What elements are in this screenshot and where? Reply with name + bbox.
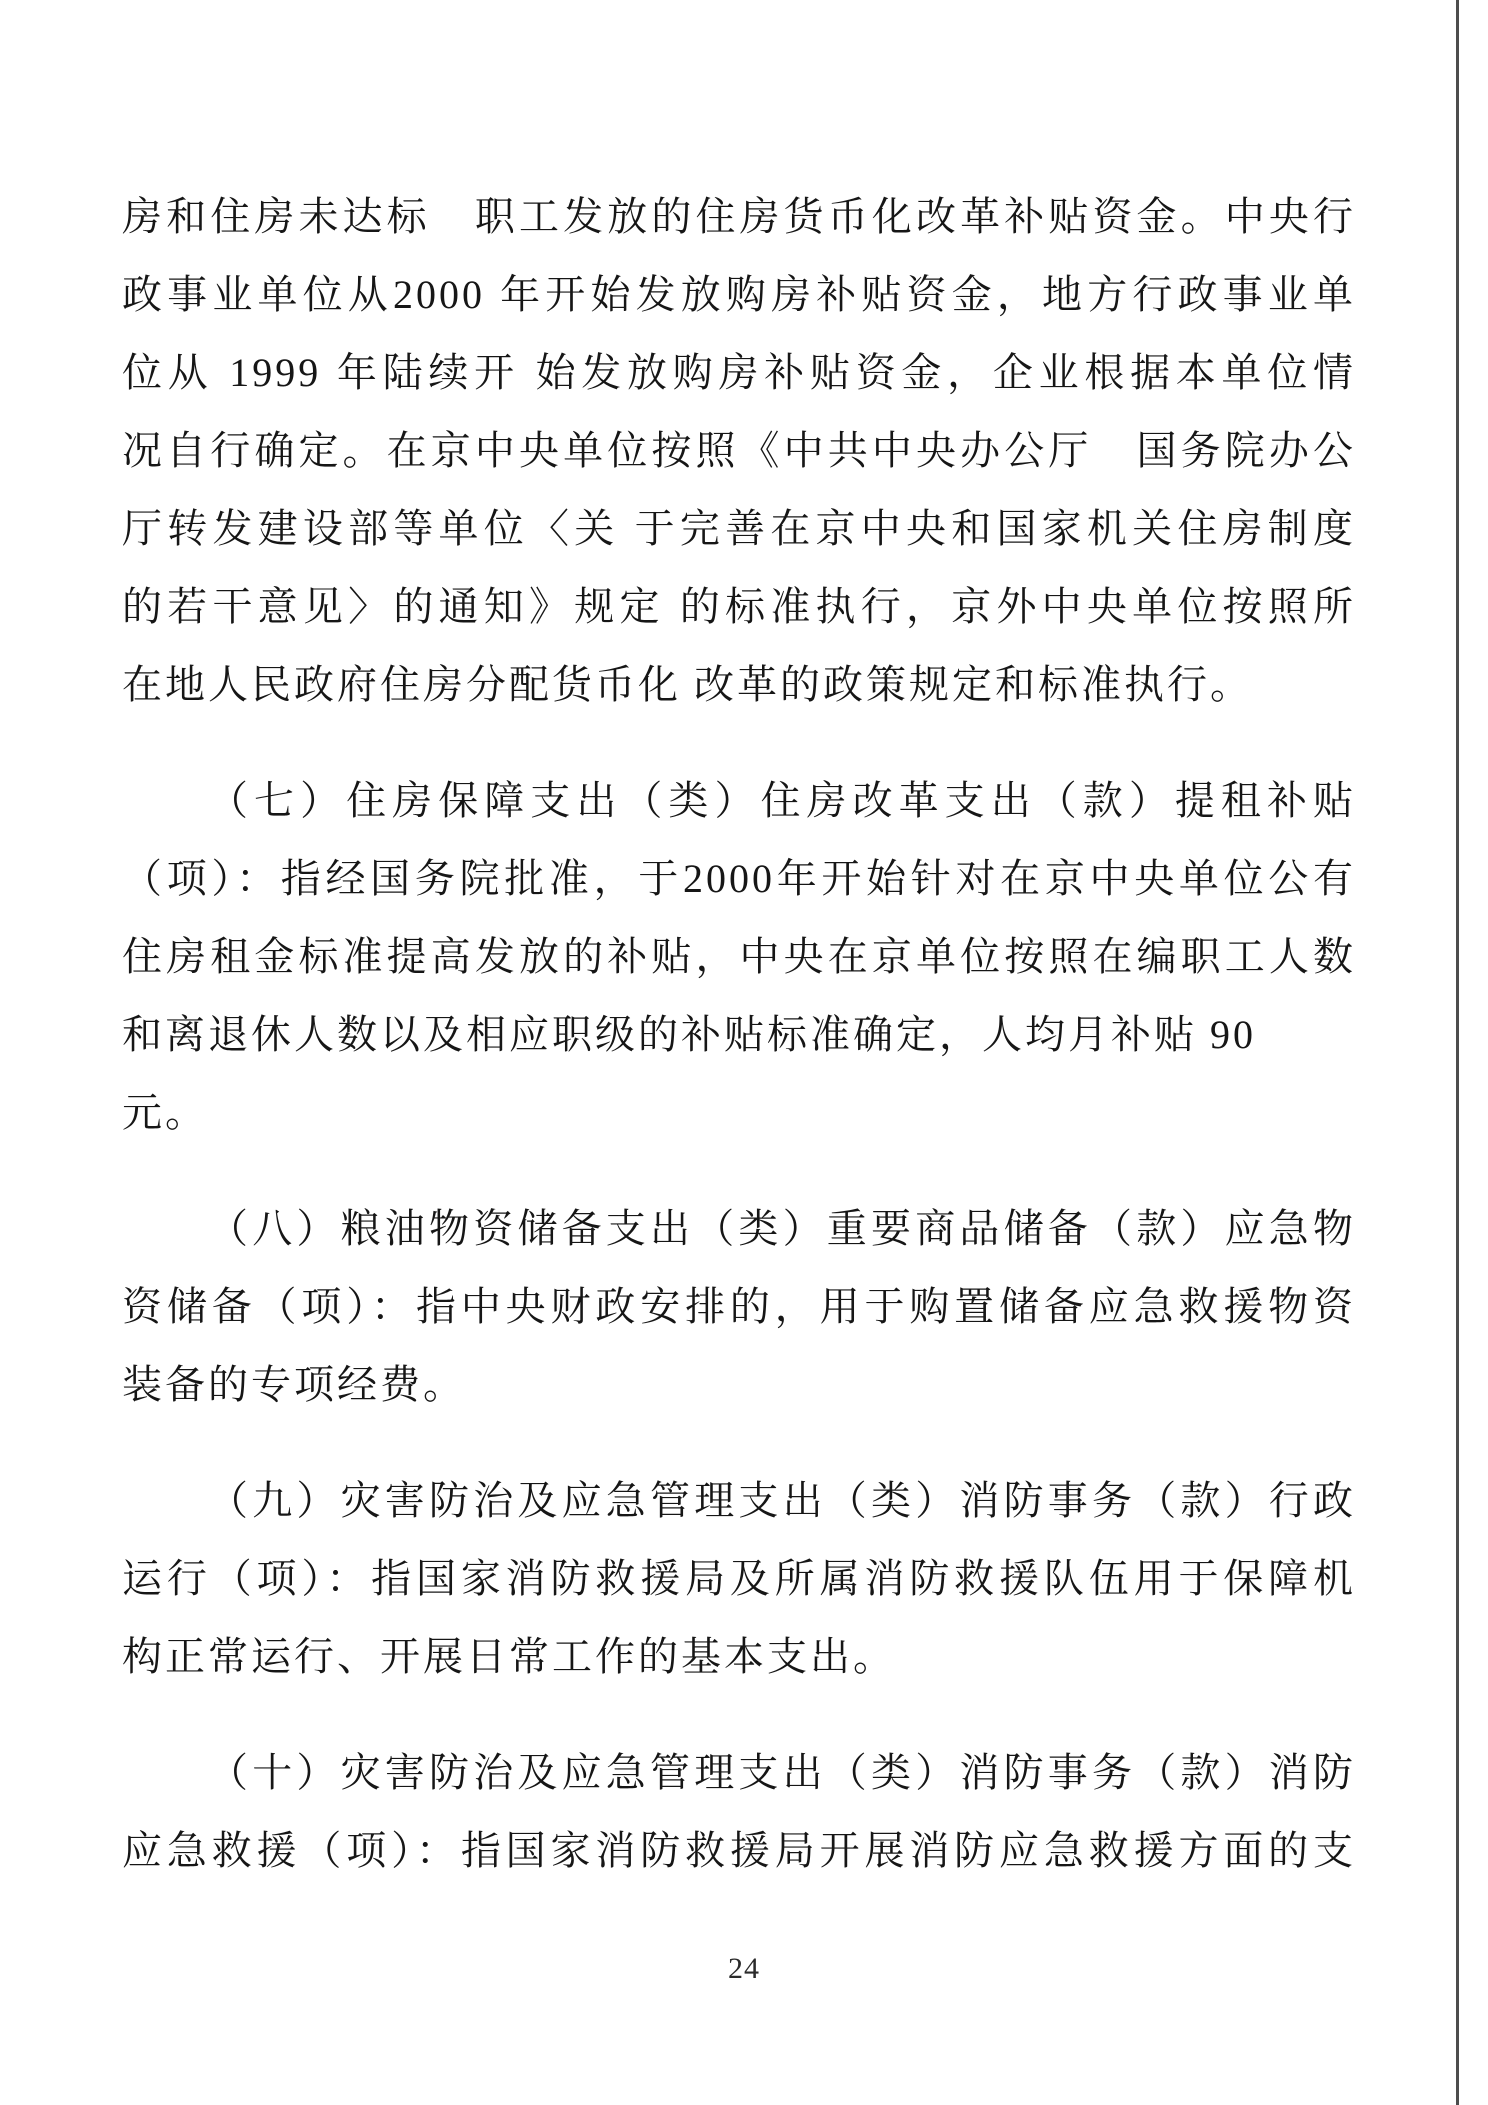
text-line: 厅转发建设部等单位〈关 于完善在京中央和国家机关住房制度 [122, 490, 1356, 568]
text-line: 装备的专项经费。 [122, 1346, 1356, 1424]
text-line: 政事业单位从2000 年开始发放购房补贴资金，地方行政事业单 [122, 256, 1356, 334]
paragraph: （八）粮油物资储备支出（类）重要商品储备（款）应急物资储备（项）：指中央财政安排… [122, 1190, 1356, 1424]
paragraph: （九）灾害防治及应急管理支出（类）消防事务（款）行政运行（项）：指国家消防救援局… [122, 1462, 1356, 1696]
text-line: 房和住房未达标 职工发放的住房货币化改革补贴资金。中央行 [122, 178, 1356, 256]
document-content: 房和住房未达标 职工发放的住房货币化改革补贴资金。中央行政事业单位从2000 年… [122, 178, 1356, 1890]
text-line: 在地人民政府住房分配货币化 改革的政策规定和标准执行。 [122, 646, 1356, 724]
text-line: 的若干意见〉的通知》规定 的标准执行，京外中央单位按照所 [122, 568, 1356, 646]
text-line: 应急救援（项）：指国家消防救援局开展消防应急救援方面的支 [122, 1812, 1356, 1890]
text-line: 构正常运行、开展日常工作的基本支出。 [122, 1618, 1356, 1696]
text-line: 况自行确定。在京中央单位按照《中共中央办公厅 国务院办公 [122, 412, 1356, 490]
text-line: （九）灾害防治及应急管理支出（类）消防事务（款）行政 [122, 1462, 1356, 1540]
scan-edge-line [1456, 0, 1459, 2105]
document-page: 房和住房未达标 职工发放的住房货币化改革补贴资金。中央行政事业单位从2000 年… [0, 0, 1488, 2105]
page-number: 24 [0, 1952, 1488, 1986]
paragraph: 房和住房未达标 职工发放的住房货币化改革补贴资金。中央行政事业单位从2000 年… [122, 178, 1356, 724]
paragraph: （七）住房保障支出（类）住房改革支出（款）提租补贴（项）：指经国务院批准，于20… [122, 762, 1356, 1152]
text-line: 元。 [122, 1074, 1356, 1152]
text-line: 资储备（项）：指中央财政安排的，用于购置储备应急救援物资 [122, 1268, 1356, 1346]
text-line: （七）住房保障支出（类）住房改革支出（款）提租补贴 [122, 762, 1356, 840]
paragraph: （十）灾害防治及应急管理支出（类）消防事务（款）消防应急救援（项）：指国家消防救… [122, 1734, 1356, 1890]
text-line: （十）灾害防治及应急管理支出（类）消防事务（款）消防 [122, 1734, 1356, 1812]
text-line: 和离退休人数以及相应职级的补贴标准确定，人均月补贴 90 [122, 996, 1356, 1074]
text-line: 住房租金标准提高发放的补贴，中央在京单位按照在编职工人数 [122, 918, 1356, 996]
text-line: （八）粮油物资储备支出（类）重要商品储备（款）应急物 [122, 1190, 1356, 1268]
text-line: 位从 1999 年陆续开 始发放购房补贴资金，企业根据本单位情 [122, 334, 1356, 412]
text-line: （项）：指经国务院批准，于2000年开始针对在京中央单位公有 [122, 840, 1356, 918]
text-line: 运行（项）：指国家消防救援局及所属消防救援队伍用于保障机 [122, 1540, 1356, 1618]
